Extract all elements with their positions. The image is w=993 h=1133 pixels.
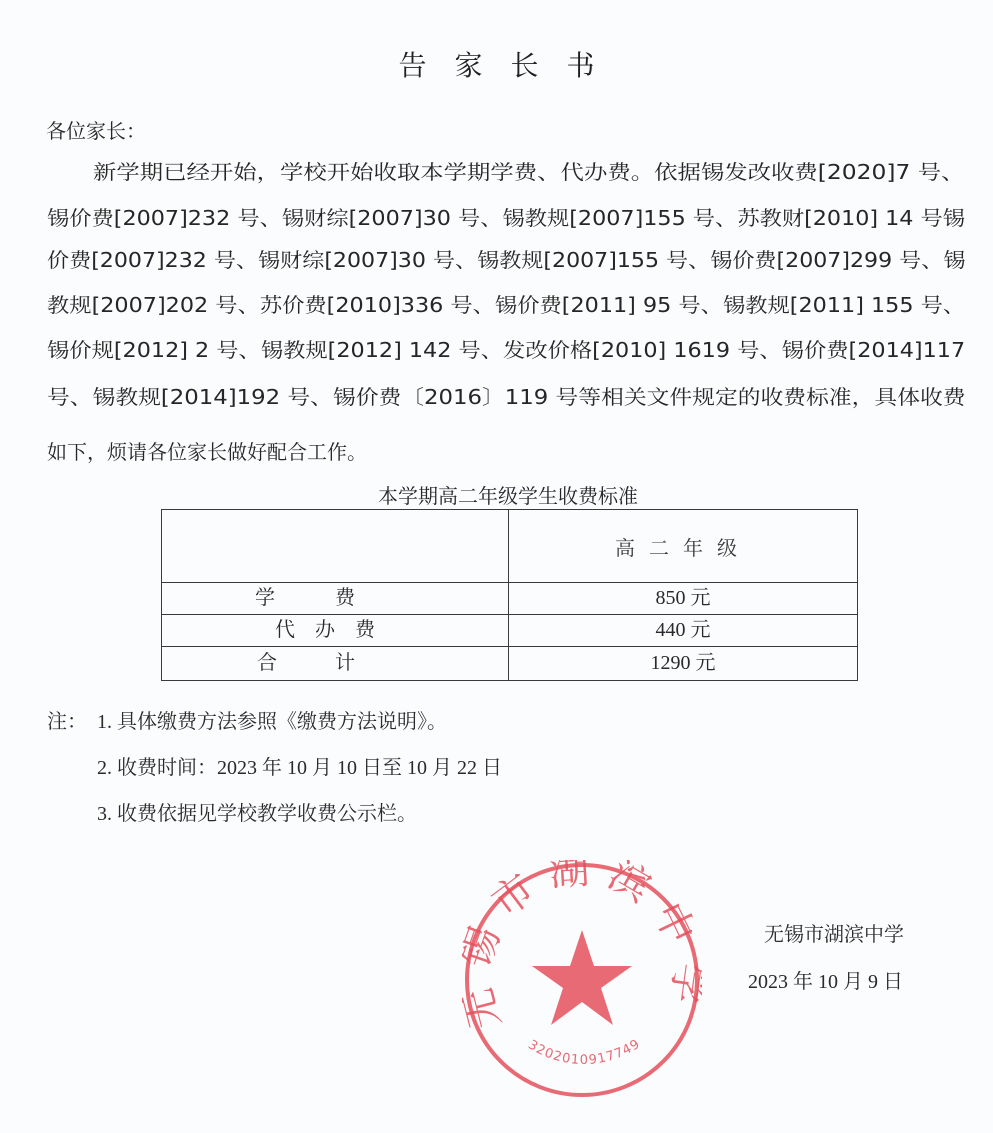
amount-cell: 850 元	[509, 583, 858, 615]
note-item: 2. 收费时间：2023 年 10 月 10 日至 10 月 22 日	[97, 754, 502, 782]
note-item: 3. 收费依据见学校教学收费公示栏。	[97, 800, 417, 828]
body-line: 价费[2007]232 号、锡财综[2007]30 号、锡教规[2007]155…	[47, 245, 965, 275]
svg-text:3202010917749: 3202010917749	[525, 1036, 643, 1068]
table-caption: 本学期高二年级学生收费标准	[0, 482, 993, 510]
table-row: 学费 850 元	[162, 583, 858, 615]
salutation: 各位家长：	[46, 116, 146, 146]
signer-organization: 无锡市湖滨中学	[764, 921, 904, 949]
table-header-row: 高二年级	[162, 510, 858, 583]
table-row-total: 合计 1290 元	[162, 647, 858, 681]
note-item: 1. 具体缴费方法参照《缴费方法说明》。	[97, 708, 447, 736]
seal-icon: 无锡市湖滨中学 3202010917749	[462, 860, 702, 1100]
notes-prefix: 注：	[47, 708, 87, 736]
item-label: 代办费	[275, 619, 395, 641]
body-line: 新学期已经开始，学校开始收取本学期学费、代办费。依据锡发改收费[2020]7 号…	[93, 157, 965, 187]
item-cell: 合计	[162, 647, 509, 681]
body-line: 教规[2007]202 号、苏价费[2010]336 号、锡价费[2011] 9…	[47, 290, 965, 320]
amount-cell: 440 元	[509, 615, 858, 647]
item-cell: 学费	[162, 583, 509, 615]
item-label: 合计	[257, 652, 413, 674]
table-row: 代办费 440 元	[162, 615, 858, 647]
body-line: 锡价规[2012] 2 号、锡教规[2012] 142 号、发改价格[2010]…	[47, 335, 965, 365]
header-grade-cell: 高二年级	[509, 510, 858, 583]
header-label-cell	[162, 510, 509, 583]
body-line: 锡价费[2007]232 号、锡财综[2007]30 号、锡教规[2007]15…	[47, 203, 965, 233]
signature-date: 2023 年 10 月 9 日	[748, 968, 903, 996]
fee-table: 高二年级 学费 850 元 代办费 440 元 合计 1290 元	[161, 509, 858, 681]
item-cell: 代办费	[162, 615, 509, 647]
body-line: 如下，烦请各位家长做好配合工作。	[47, 437, 367, 467]
item-label: 学费	[255, 587, 415, 609]
document-title: 告家长书	[0, 46, 993, 86]
official-seal: 无锡市湖滨中学 3202010917749	[462, 860, 702, 1100]
grade-label: 高二年级	[615, 536, 751, 560]
amount-cell: 1290 元	[509, 647, 858, 681]
body-line: 号、锡教规[2014]192 号、锡价费〔2016〕119 号等相关文件规定的收…	[47, 382, 966, 412]
